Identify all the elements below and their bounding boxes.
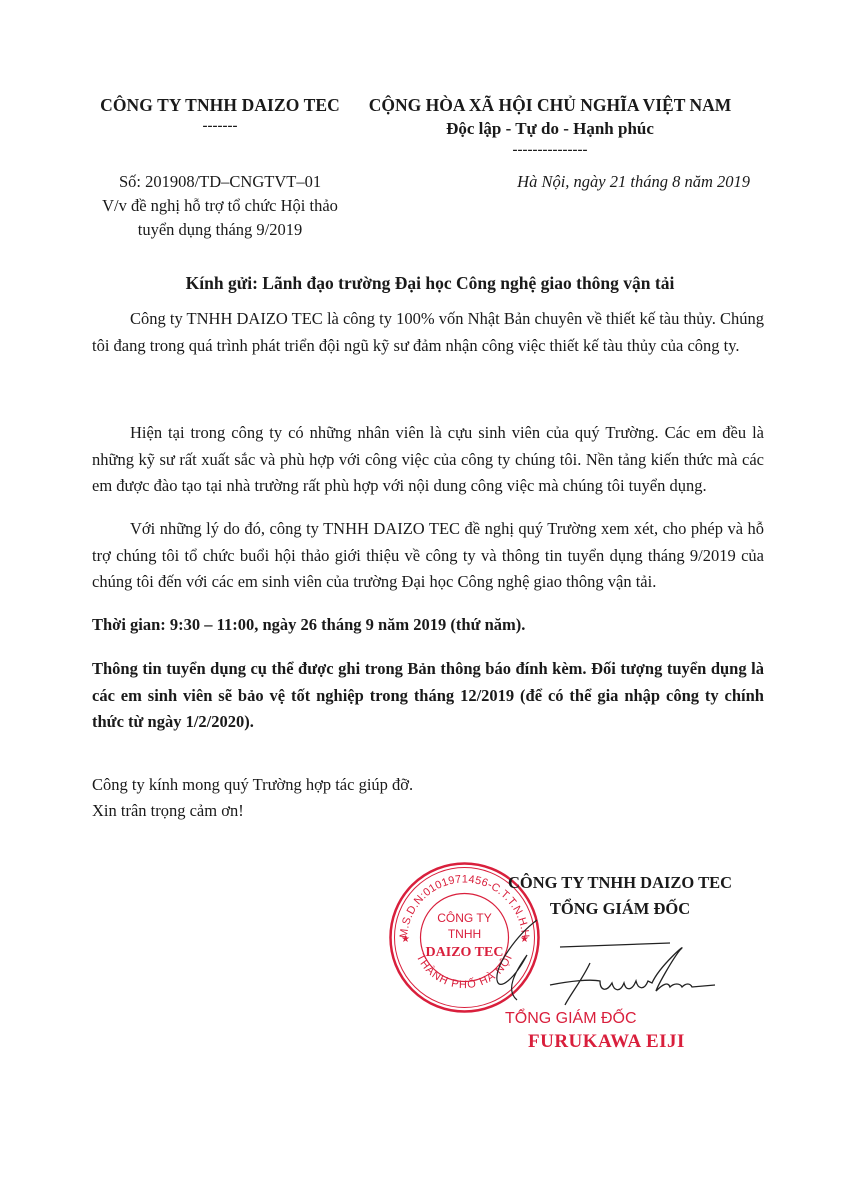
paragraph-alumni: Hiện tại trong công ty có những nhân viê… bbox=[92, 420, 764, 500]
signatory-company: CÔNG TY TNHH DAIZO TEC bbox=[500, 870, 740, 896]
stamp-inner-line-2: TNHH bbox=[448, 927, 481, 941]
issuer-block: CÔNG TY TNHH DAIZO TEC ------- bbox=[90, 92, 350, 134]
motto-separator: --------------- bbox=[360, 140, 740, 160]
closing-line-1: Công ty kính mong quý Trường hợp tác giú… bbox=[92, 772, 413, 798]
signatory-name: FURUKAWA EIJI bbox=[528, 1031, 685, 1053]
recipient-greeting: Kính gửi: Lãnh đạo trường Đại học Công n… bbox=[90, 273, 770, 294]
stamp-role-label: TỔNG GIÁM ĐỐC bbox=[505, 1010, 705, 1028]
handwritten-signature bbox=[540, 935, 720, 1015]
event-time: Thời gian: 9:30 – 11:00, ngày 26 tháng 9… bbox=[92, 612, 764, 639]
national-title: CỘNG HÒA XÃ HỘI CHỦ NGHĨA VIỆT NAM bbox=[360, 92, 740, 118]
issuer-company: CÔNG TY TNHH DAIZO TEC bbox=[90, 92, 350, 118]
national-header: CỘNG HÒA XÃ HỘI CHỦ NGHĨA VIỆT NAM Độc l… bbox=[360, 92, 740, 160]
document-subject-line-2: tuyển dụng tháng 9/2019 bbox=[90, 218, 350, 242]
signatory-role: TỔNG GIÁM ĐỐC bbox=[500, 896, 740, 922]
paragraph-intro: Công ty TNHH DAIZO TEC là công ty 100% v… bbox=[92, 306, 764, 359]
issuer-separator: ------- bbox=[90, 118, 350, 134]
stamp-star-right: ★ bbox=[520, 934, 529, 945]
recruitment-info: Thông tin tuyển dụng cụ thể được ghi tro… bbox=[92, 656, 764, 736]
stamp-star-left: ★ bbox=[401, 934, 410, 945]
stamp-inner-line-3: DAIZO TEC bbox=[426, 945, 504, 960]
document-reference: Số: 201908/TD–CNGTVT–01 V/v đề nghị hỗ t… bbox=[90, 170, 350, 242]
date-line: Hà Nội, ngày 21 tháng 8 năm 2019 bbox=[440, 170, 780, 194]
stamp-inner-line-1: CÔNG TY bbox=[437, 910, 491, 925]
document-number: Số: 201908/TD–CNGTVT–01 bbox=[90, 170, 350, 194]
national-motto: Độc lập - Tự do - Hạnh phúc bbox=[360, 118, 740, 140]
document-subject-line-1: V/v đề nghị hỗ trợ tổ chức Hội thảo bbox=[90, 194, 350, 218]
closing-line-2: Xin trân trọng cảm ơn! bbox=[92, 798, 244, 824]
paragraph-request: Với những lý do đó, công ty TNHH DAIZO T… bbox=[92, 516, 764, 596]
